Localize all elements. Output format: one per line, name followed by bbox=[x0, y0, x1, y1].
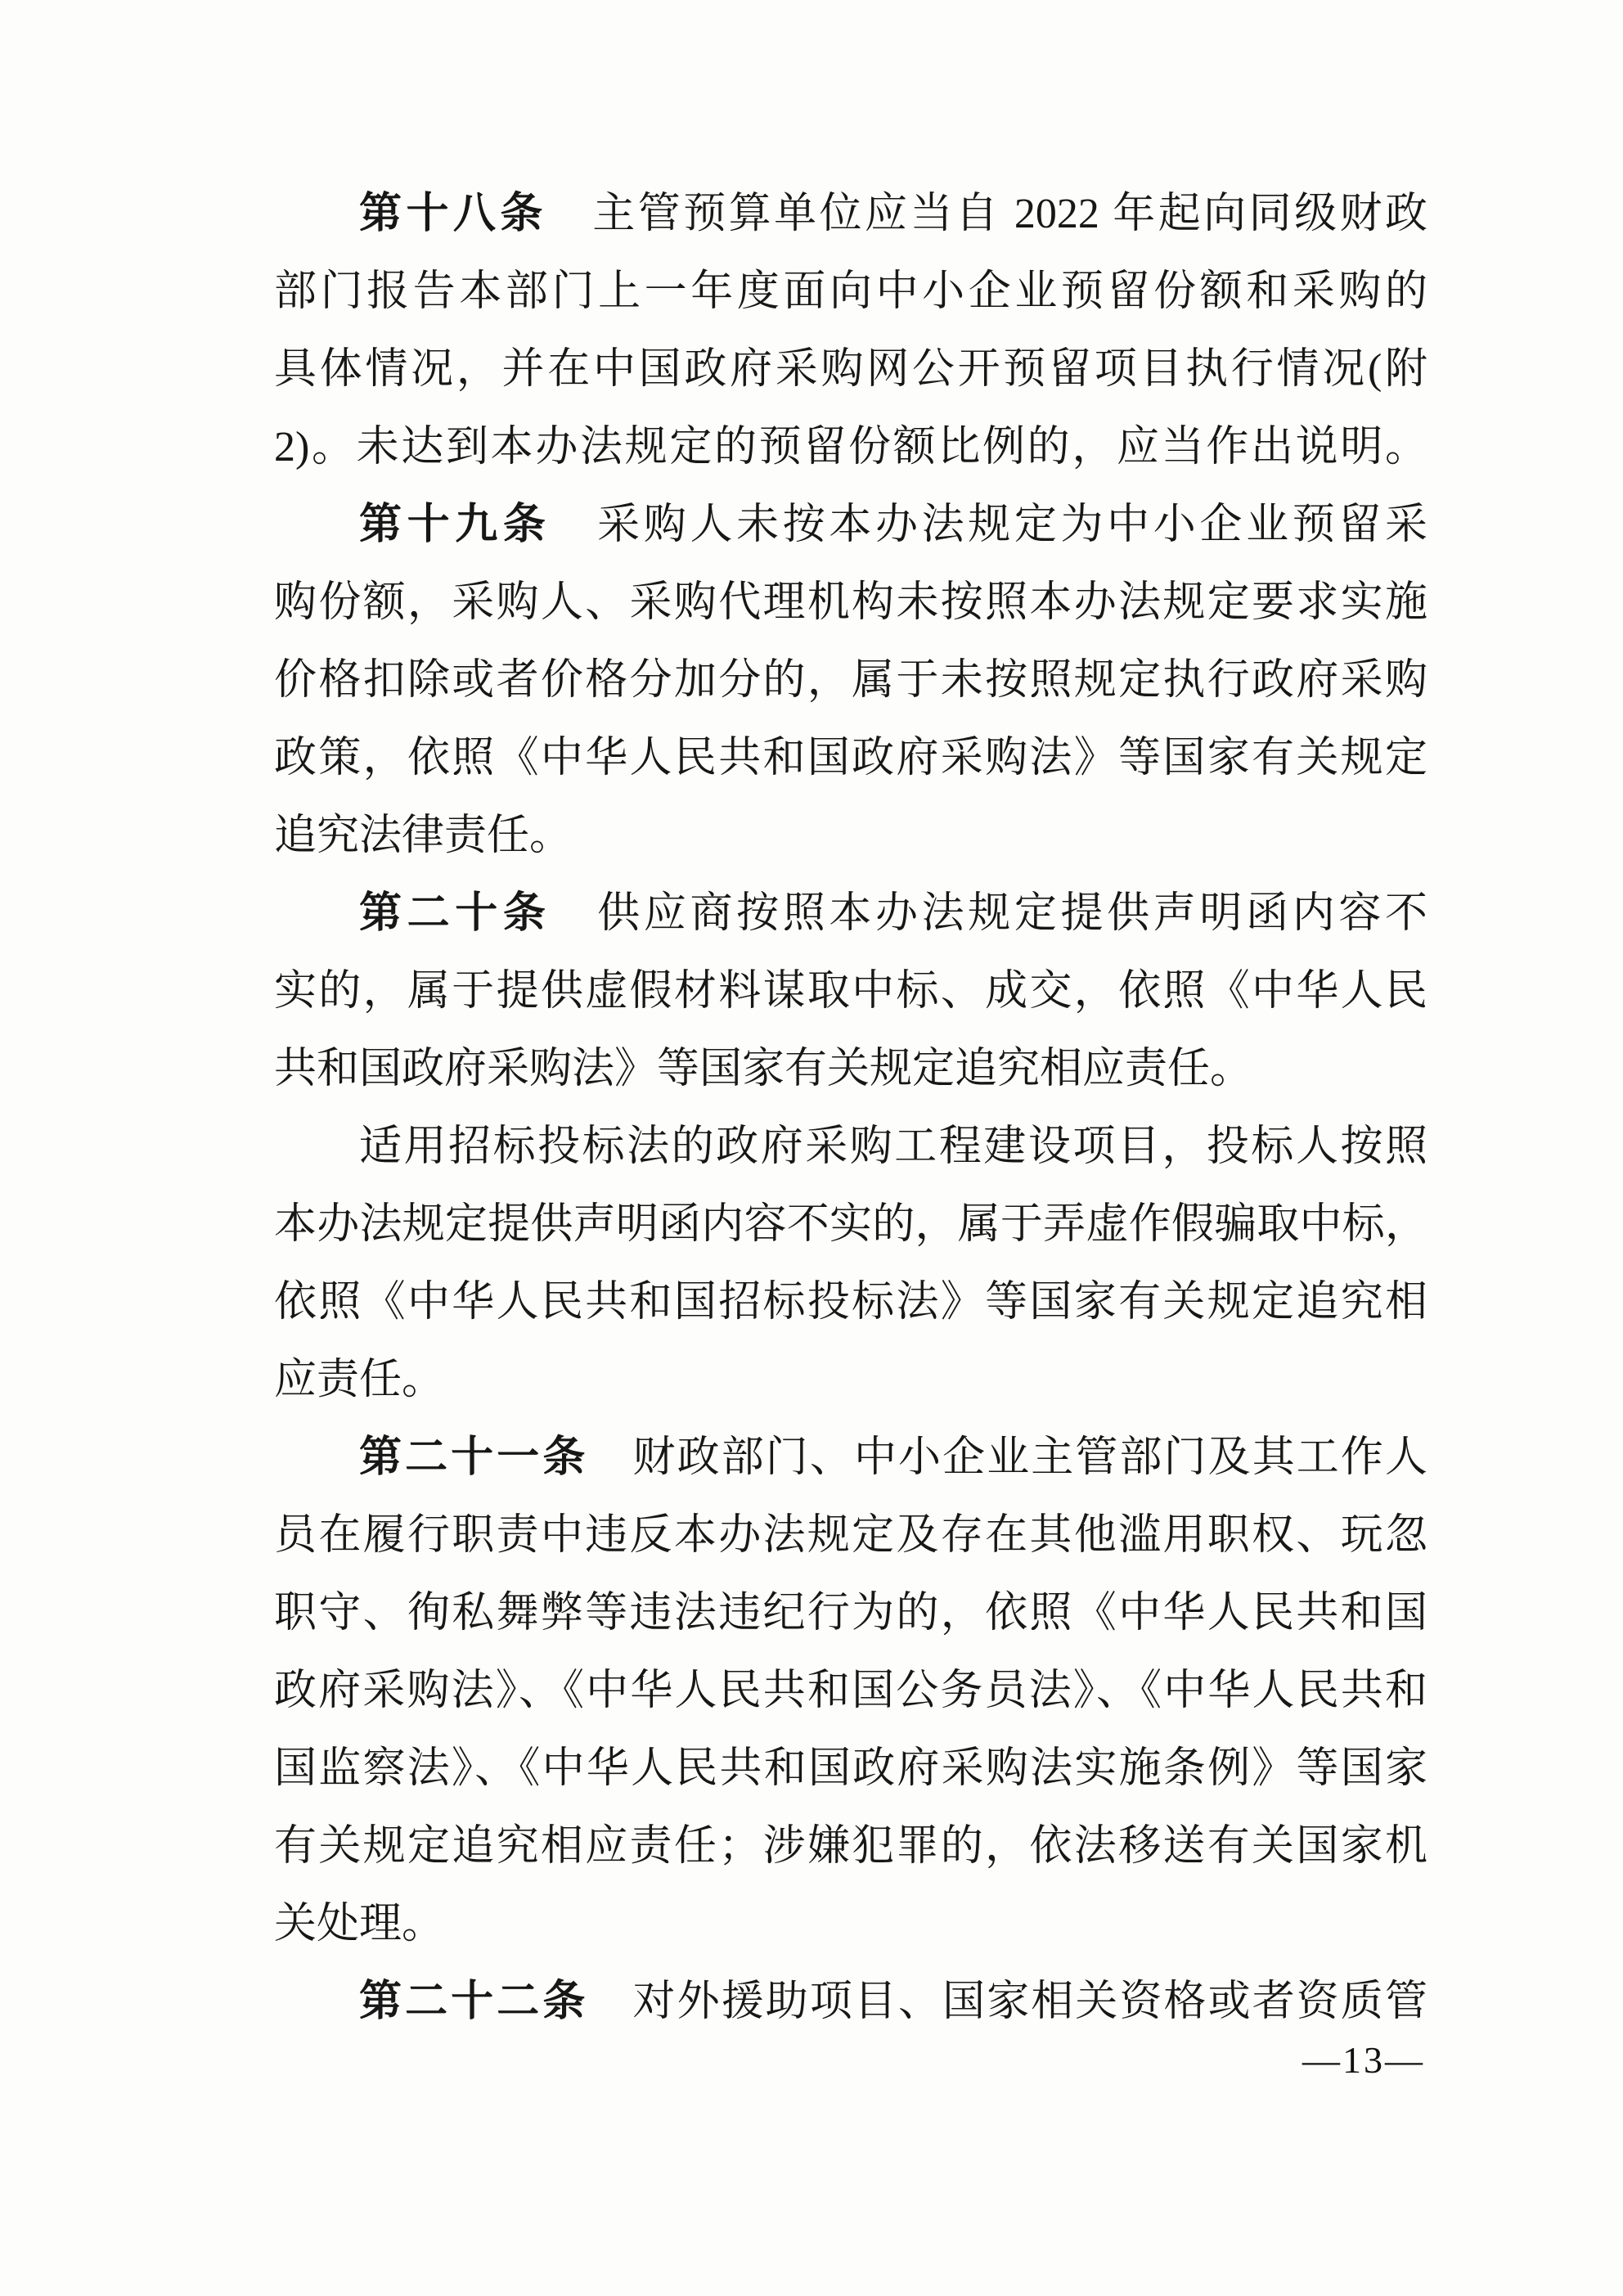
text-line: 适用招标投标法的政府采购工程建设项目，投标人按照 bbox=[274, 1108, 1427, 1186]
body-text: 购份额，采购人、采购代理机构未按照本办法规定要求实施 bbox=[274, 579, 1427, 626]
text-line: 职守、徇私舞弊等违法违纪行为的，依照《中华人民共和国 bbox=[274, 1574, 1427, 1652]
body-text: 关处理。 bbox=[274, 1901, 444, 1947]
body-text: 财政部门、中小企业主管部门及其工作人 bbox=[588, 1434, 1427, 1481]
text-line: 政策，依照《中华人民共和国政府采购法》等国家有关规定 bbox=[274, 719, 1427, 797]
text-line: 依照《中华人民共和国招标投标法》等国家有关规定追究相 bbox=[274, 1263, 1427, 1341]
body-text: 依照《中华人民共和国招标投标法》等国家有关规定追究相 bbox=[274, 1279, 1427, 1326]
body-text: 部门报告本部门上一年度面向中小企业预留份额和采购的 bbox=[274, 268, 1427, 315]
document-page: 第十八条 主管预算单位应当自 2022 年起向同级财政部门报告本部门上一年度面向… bbox=[0, 0, 1623, 2296]
body-text: 实的，属于提供虚假材料谋取中标、成交，依照《中华人民 bbox=[274, 968, 1427, 1015]
text-line: 有关规定追究相应责任；涉嫌犯罪的，依法移送有关国家机 bbox=[274, 1808, 1427, 1885]
body-text: 本办法规定提供声明函内容不实的，属于弄虚作假骗取中标， bbox=[274, 1201, 1427, 1248]
text-line: 实的，属于提供虚假材料谋取中标、成交，依照《中华人民 bbox=[274, 952, 1427, 1030]
body-text: 政策，依照《中华人民共和国政府采购法》等国家有关规定 bbox=[274, 735, 1427, 781]
text-line: 政府采购法》、《中华人民共和国公务员法》、《中华人民共和 bbox=[274, 1652, 1427, 1730]
body-text: 职守、徇私舞弊等违法违纪行为的，依照《中华人民共和国 bbox=[274, 1590, 1427, 1636]
body-text: 采购人未按本办法规定为中小企业预留采 bbox=[551, 502, 1427, 548]
text-line: 共和国政府采购法》等国家有关规定追究相应责任。 bbox=[274, 1030, 1427, 1108]
text-line: 2)。未达到本办法规定的预留份额比例的，应当作出说明。 bbox=[274, 408, 1427, 486]
body-text: 2)。未达到本办法规定的预留份额比例的，应当作出说明。 bbox=[274, 424, 1427, 470]
text-line: 关处理。 bbox=[274, 1885, 1427, 1963]
page-number: —13— bbox=[1302, 2036, 1425, 2085]
text-line: 第二十二条 对外援助项目、国家相关资格或者资质管 bbox=[274, 1963, 1427, 2041]
text-line: 具体情况，并在中国政府采购网公开预留项目执行情况(附 bbox=[274, 331, 1427, 408]
text-line: 应责任。 bbox=[274, 1341, 1427, 1419]
body-text: 对外援助项目、国家相关资格或者资质管 bbox=[588, 1979, 1427, 2025]
text-line: 部门报告本部门上一年度面向中小企业预留份额和采购的 bbox=[274, 253, 1427, 331]
body-text: 有关规定追究相应责任；涉嫌犯罪的，依法移送有关国家机 bbox=[274, 1823, 1427, 1870]
body-text: 具体情况，并在中国政府采购网公开预留项目执行情况(附 bbox=[274, 346, 1427, 393]
article-number: 第二十条 bbox=[359, 889, 551, 937]
body-text: 政府采购法》、《中华人民共和国公务员法》、《中华人民共和 bbox=[274, 1668, 1427, 1714]
text-line: 第二十条 供应商按照本办法规定提供声明函内容不 bbox=[274, 875, 1427, 952]
text-line: 第二十一条 财政部门、中小企业主管部门及其工作人 bbox=[274, 1419, 1427, 1497]
body-text: 国监察法》、《中华人民共和国政府采购法实施条例》等国家 bbox=[274, 1745, 1427, 1792]
text-line: 第十八条 主管预算单位应当自 2022 年起向同级财政 bbox=[274, 175, 1427, 253]
text-line: 国监察法》、《中华人民共和国政府采购法实施条例》等国家 bbox=[274, 1730, 1427, 1808]
article-number: 第二十二条 bbox=[359, 1978, 588, 2025]
document-text-block: 第十八条 主管预算单位应当自 2022 年起向同级财政部门报告本部门上一年度面向… bbox=[274, 175, 1427, 2041]
body-text: 共和国政府采购法》等国家有关规定追究相应责任。 bbox=[274, 1046, 1252, 1092]
body-text: 供应商按照本办法规定提供声明函内容不 bbox=[551, 890, 1427, 937]
article-number: 第二十一条 bbox=[359, 1434, 588, 1481]
text-line: 本办法规定提供声明函内容不实的，属于弄虚作假骗取中标， bbox=[274, 1186, 1427, 1263]
body-text: 适用招标投标法的政府采购工程建设项目，投标人按照 bbox=[359, 1123, 1427, 1170]
article-number: 第十九条 bbox=[359, 501, 551, 548]
body-text: 应责任。 bbox=[274, 1357, 444, 1403]
text-line: 价格扣除或者价格分加分的，属于未按照规定执行政府采购 bbox=[274, 642, 1427, 719]
text-line: 购份额，采购人、采购代理机构未按照本办法规定要求实施 bbox=[274, 564, 1427, 642]
text-line: 员在履行职责中违反本办法规定及存在其他滥用职权、玩忽 bbox=[274, 1497, 1427, 1574]
body-text: 追究法律责任。 bbox=[274, 813, 572, 859]
body-text: 价格扣除或者价格分加分的，属于未按照规定执行政府采购 bbox=[274, 657, 1427, 704]
article-number: 第十八条 bbox=[359, 190, 547, 237]
body-text: 主管预算单位应当自 2022 年起向同级财政 bbox=[547, 191, 1427, 237]
text-line: 追究法律责任。 bbox=[274, 797, 1427, 875]
text-line: 第十九条 采购人未按本办法规定为中小企业预留采 bbox=[274, 486, 1427, 564]
body-text: 员在履行职责中违反本办法规定及存在其他滥用职权、玩忽 bbox=[274, 1512, 1427, 1559]
